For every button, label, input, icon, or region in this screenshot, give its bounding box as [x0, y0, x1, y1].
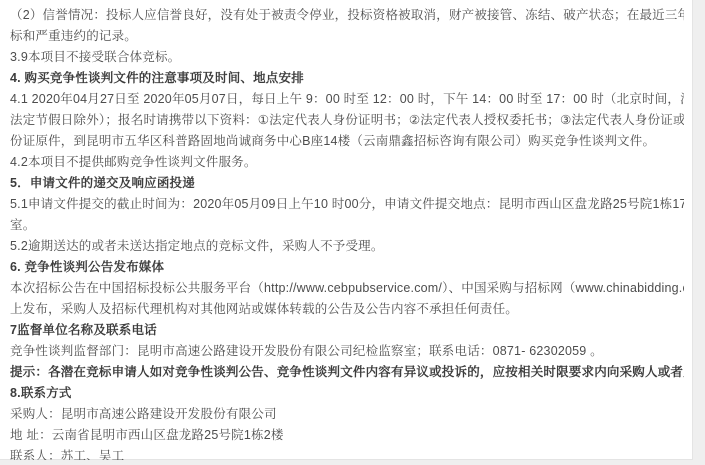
- doc-heading-section-6: 6. 竞争性谈判公告发布媒体: [10, 257, 684, 278]
- doc-line-purchaser: 采购人：昆明市高速公路建设开发股份有限公司: [10, 404, 684, 425]
- doc-line-5-2: 5.2逾期送达的或者未送达指定地点的竞标文件，采购人不予受理。: [10, 236, 684, 257]
- page-bottom-margin: [0, 460, 705, 465]
- doc-heading-section-7: 7监督单位名称及联系电话: [10, 320, 684, 341]
- doc-line-address: 地 址：云南省昆明市西山区盘龙路25号院1栋2楼: [10, 425, 684, 446]
- doc-line-5-1-a: 5.1申请文件提交的截止时间为：2020年05月09日上午10 时00分，申请文…: [10, 194, 684, 215]
- doc-line-supervisor: 竞争性谈判监督部门：昆明市高速公路建设开发股份有限公司纪检监察室；联系电话：08…: [10, 341, 684, 362]
- doc-heading-section-8: 8.联系方式: [10, 383, 684, 404]
- page-right-margin: [693, 0, 705, 465]
- doc-line-media-a: 本次招标公告在中国招标投标公共服务平台（http://www.cebpubser…: [10, 278, 684, 299]
- doc-line-media-b: 上发布，采购人及招标代理机构对其他网站或媒体转载的公告及公告内容不承担任何责任。: [10, 299, 684, 320]
- doc-line-4-2: 4.2本项目不提供邮购竞争性谈判文件服务。: [10, 152, 684, 173]
- doc-line-4-1-c: 份证原件，到昆明市五华区科普路固地尚诚商务中心B座14楼（云南鼎鑫招标咨询有限公…: [10, 131, 684, 152]
- doc-line-4-1-a: 4.1 2020年04月27日至 2020年05月07日，每日上午 9：00 时…: [10, 89, 684, 110]
- doc-heading-section-4: 4. 购买竞争性谈判文件的注意事项及时间、地点安排: [10, 68, 684, 89]
- doc-line-credit-1: （2）信誉情况：投标人应信誉良好，没有处于被责令停业，投标资格被取消，财产被接管…: [10, 5, 684, 26]
- doc-line-4-1-b: 法定节假日除外）；报名时请携带以下资料：①法定代表人身份证明书；②法定代表人授权…: [10, 110, 684, 131]
- doc-line-credit-2: 标和严重违约的记录。: [10, 26, 684, 47]
- doc-line-notice: 提示：各潜在竞标申请人如对竞争性谈判公告、竞争性谈判文件内容有异议或投诉的，应按…: [10, 362, 684, 383]
- doc-line-5-1-b: 室。: [10, 215, 684, 236]
- doc-heading-section-5: 5．申请文件的递交及响应函投递: [10, 173, 684, 194]
- doc-line-no-consortium: 3.9本项目不接受联合体竞标。: [10, 47, 684, 68]
- document-page: （2）信誉情况：投标人应信誉良好，没有处于被责令停业，投标资格被取消，财产被接管…: [0, 0, 693, 460]
